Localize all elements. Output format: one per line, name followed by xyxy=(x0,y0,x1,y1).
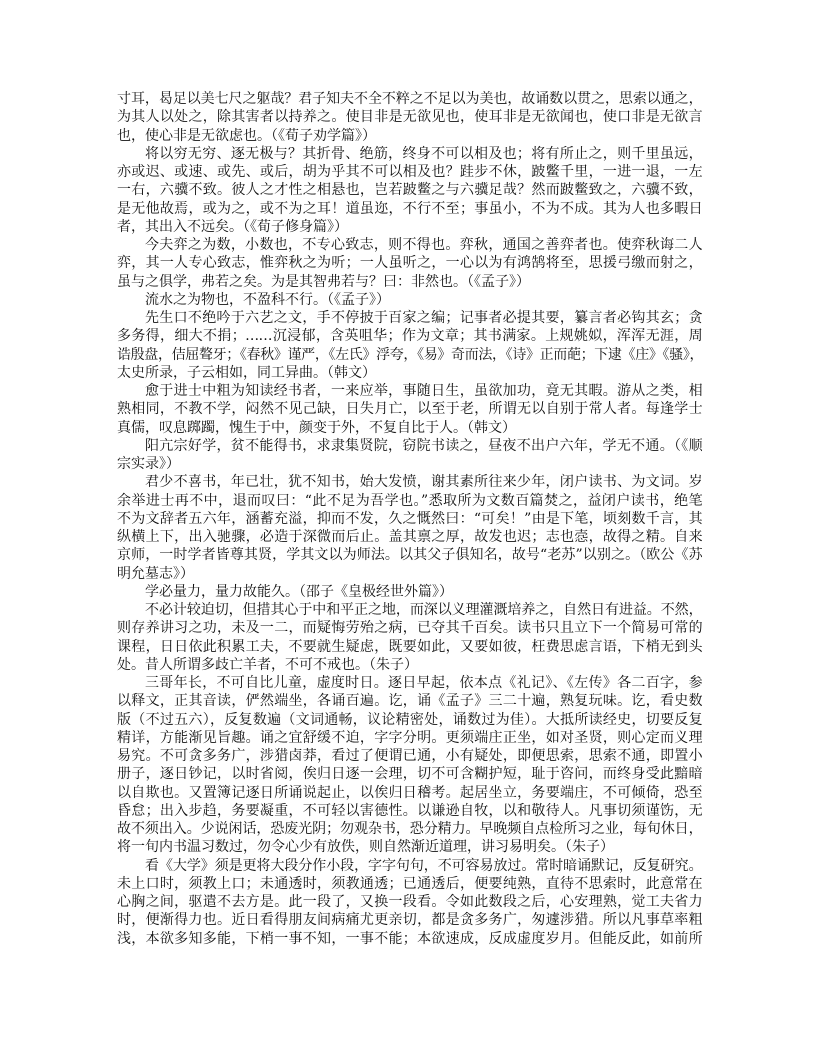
paragraph-shaozi: 学必量力，量力故能久。（邵子《皇极经世外篇》） xyxy=(117,583,702,601)
paragraph-xunzi-xiushen: 将以穷无穷、逐无极与？其折骨、绝筋，终身不可以相及也；将有所止之，则千里虽远， … xyxy=(117,145,702,236)
text-line: 以自欺也。又置簿记逐日所诵说起止，以俟归日稽考。起居坐立，务要端庄，不可倾倚，恐… xyxy=(117,784,702,802)
text-line: 虽与之俱学，弗若之矣。为是其智弗若与？曰：非然也。（《孟子》） xyxy=(117,273,702,291)
text-line: 先生口不绝吟于六艺之文，手不停披于百家之编；记事者必提其要，纂言者必钩其玄；贪 xyxy=(117,309,702,327)
text-line: 者，其出入不远矣。（《荀子修身篇》） xyxy=(117,218,702,236)
paragraph-ougong-muzhi: 君少不喜书，年已壮，犹不知书，始大发愤，谢其素所往来少年，闭户读书、为文词。岁 … xyxy=(117,473,702,583)
text-line: 为其人以处之，除其害者以持养之。使目非是无欲见也，使耳非是无欲闻也，使口非是无欲… xyxy=(117,108,702,126)
paragraph-shunzong-shilu: 阳亢宗好学，贫不能得书，求隶集贤院，窃院书读之，昼夜不出户六年，学无不通。（《顺… xyxy=(117,437,702,474)
text-line: 真儒，叹息踯躅，愧生于中，颜变于外，不复自比于人。（韩文） xyxy=(117,419,702,437)
text-line: 昏怠；出入步趋，务要凝重，不可轻以害德性。以谦逊自牧，以和敬待人。凡事切须谨饬，… xyxy=(117,802,702,820)
text-line: 愈于进士中粗为知读经书者，一来应举，事随日生，虽欲加功，竟无其暇。游从之类，相 xyxy=(117,382,702,400)
text-line: 则存养讲习之功，未及一二，而疑悔劳殆之病，已夺其千百矣。读书只且立下一个简易可常… xyxy=(117,619,702,637)
paragraph-zhuzi-2: 三哥年长，不可自比儿童，虚度时日。逐日早起，依本点《礼记》、《左传》各二百字，参… xyxy=(117,674,702,857)
text-line: 浅，本欲多知多能，下梢一事不知，一事不能；本欲速成，反成虚度岁月。但能反此，如前… xyxy=(117,930,702,948)
paragraph-mengzi-liushui: 流水之为物也，不盈科不行。（《孟子》） xyxy=(117,291,702,309)
text-line: 宗实录》） xyxy=(117,455,702,473)
text-line: 三哥年长，不可自比儿童，虚度时日。逐日早起，依本点《礼记》、《左传》各二百字，参 xyxy=(117,674,702,692)
text-line: 是无他故焉，或为之，或不为之耳！道虽迩，不行不至；事虽小，不为不成。其为人也多暇… xyxy=(117,200,702,218)
text-line: 阳亢宗好学，贫不能得书，求隶集贤院，窃院书读之，昼夜不出户六年，学无不通。（《顺 xyxy=(117,437,702,455)
text-line: 寸耳，曷足以美七尺之躯哉？君子知夫不全不粹之不足以为美也，故诵数以贯之，思索以通… xyxy=(117,90,702,108)
text-line: 亦或迟、或速、或先、或后，胡为乎其不可以相及也？跬步不休，跛鳖千里，一进一退，一… xyxy=(117,163,702,181)
text-line: 时，便渐得力也。近日看得朋友间病痛尤更亲切，都是贪多务广，匆遽涉猎。所以凡事草率… xyxy=(117,911,702,929)
text-line: 多务得，细大不捐；……沉浸郁，含英咀华；作为文章；其书满家。上规姚姒，浑浑无涯，… xyxy=(117,327,702,345)
text-line: 流水之为物也，不盈科不行。（《孟子》） xyxy=(117,291,702,309)
paragraph-zhuzi-1: 不必计较迫切，但措其心于中和平正之地，而深以义理灌溉培养之，自然日有进益。不然，… xyxy=(117,601,702,674)
text-line: 看《大学》须是更将大段分作小段，字字句句，不可容易放过。常时暗诵默记，反复研究。 xyxy=(117,857,702,875)
text-line: 弈，其一人专心致志，惟弈秋之为听；一人虽听之，一心以为有鸿鹄将至，思援弓缴而射之… xyxy=(117,254,702,272)
text-line: 明允墓志》） xyxy=(117,565,702,583)
text-line: 将一旬内书温习数过，勿令心少有放佚，则自然渐近道理，讲习易明矣。（朱子） xyxy=(117,838,702,856)
text-line: 太史所录，子云相如，同工异曲。（韩文） xyxy=(117,364,702,382)
text-line: 易究。不可贪多务广，涉猎卤莽，看过了便谓已通，小有疑处，即便思索，思索不通，即置… xyxy=(117,747,702,765)
text-line: 一右，六骥不致。彼人之才性之相悬也，岂若跛鳖之与六骥足哉？然而跛鳖致之，六骥不致… xyxy=(117,181,702,199)
text-line: 精详，方能渐见旨趣。诵之宜舒缓不迫，字字分明。更须端庄正坐，如对圣贤，则心定而义… xyxy=(117,729,702,747)
text-line: 册子，逐日钞记，以时省阅，俟归日逐一会理，切不可含糊护短，耻于咨问，而终身受此黯… xyxy=(117,765,702,783)
text-line: 学必量力，量力故能久。（邵子《皇极经世外篇》） xyxy=(117,583,702,601)
text-line: 不为文辞者五六年，涵蓄充溢，抑而不发，久之慨然曰：“可矣！”由是下笔，顷刻数千言… xyxy=(117,510,702,528)
text-line: 不必计较迫切，但措其心于中和平正之地，而深以义理灌溉培养之，自然日有进益。不然， xyxy=(117,601,702,619)
text-line: 纵横上下，出入驰骤，必造于深微而后止。盖其禀之厚，故发也迟；志也悫，故得之精。自… xyxy=(117,528,702,546)
text-line: 以释文，正其音读，俨然端坐，各诵百遍。讫，诵《孟子》三二十遍，熟复玩味。讫，看史… xyxy=(117,692,702,710)
paragraph-hanwen-jinshi: 愈于进士中粗为知读经书者，一来应举，事随日生，虽欲加功，竟无其暇。游从之类，相 … xyxy=(117,382,702,437)
text-line: 未上口时，须教上口；未通透时，须教通透；已通透后，便要纯熟，直待不思索时，此意常… xyxy=(117,875,702,893)
text-line: 今夫弈之为数，小数也，不专心致志，则不得也。弈秋，通国之善弈者也。使弈秋诲二人 xyxy=(117,236,702,254)
text-line: 故不须出入。少说闲话，恐废光阴；勿观杂书，恐分精力。早晚频自点检所习之业，每旬休… xyxy=(117,820,702,838)
text-line: 版（不过五六），反复数遍（文词通畅，议论精密处，诵数过为佳）。大抵所读经史，切要… xyxy=(117,711,702,729)
paragraph-xunzi-quanxue: 寸耳，曷足以美七尺之躯哉？君子知夫不全不粹之不足以为美也，故诵数以贯之，思索以通… xyxy=(117,90,702,145)
text-line: 处。昔人所谓多歧亡羊者，不可不戒也。（朱子） xyxy=(117,656,702,674)
paragraph-zhuzi-daxue: 看《大学》须是更将大段分作小段，字字句句，不可容易放过。常时暗诵默记，反复研究。… xyxy=(117,857,702,948)
text-line: 熟相同，不教不学，闷然不见己缺，日失月亡，以至于老，所谓无以自别于常人者。每逢学… xyxy=(117,400,702,418)
text-line: 课程，日日依此积累工夫，不要就生疑虑，既要如此，又要如彼，枉费思虑言语，下梢无到… xyxy=(117,638,702,656)
text-line: 京师，一时学者皆尊其贤，学其文以为师法。以其父子俱知名，故号“老苏”以别之。（欧… xyxy=(117,546,702,564)
text-line: 君少不喜书，年已壮，犹不知书，始大发愤，谢其素所往来少年，闭户读书、为文词。岁 xyxy=(117,473,702,491)
paragraph-mengzi-yiqiu: 今夫弈之为数，小数也，不专心致志，则不得也。弈秋，通国之善弈者也。使弈秋诲二人 … xyxy=(117,236,702,291)
text-line: 诰殷盘，佶屈聱牙；《春秋》谨严，《左氏》浮夸，《易》奇而法，《诗》正而葩；下逮《… xyxy=(117,346,702,364)
text-line: 也，使心非是无欲虑也。（《荀子劝学篇》） xyxy=(117,127,702,145)
text-line: 将以穷无穷、逐无极与？其折骨、绝筋，终身不可以相及也；将有所止之，则千里虽远， xyxy=(117,145,702,163)
document-body: 寸耳，曷足以美七尺之躯哉？君子知夫不全不粹之不足以为美也，故诵数以贯之，思索以通… xyxy=(117,90,702,948)
text-line: 余举进士再不中，退而叹曰：“此不足为吾学也。”悉取所为文数百篇焚之，益闭户读书，… xyxy=(117,492,702,510)
paragraph-hanwen-jinxue: 先生口不绝吟于六艺之文，手不停披于百家之编；记事者必提其要，纂言者必钩其玄；贪 … xyxy=(117,309,702,382)
text-line: 心胸之间，驱遣不去方是。此一段了，又换一段看。令如此数段之后，心安理熟，觉工夫省… xyxy=(117,893,702,911)
